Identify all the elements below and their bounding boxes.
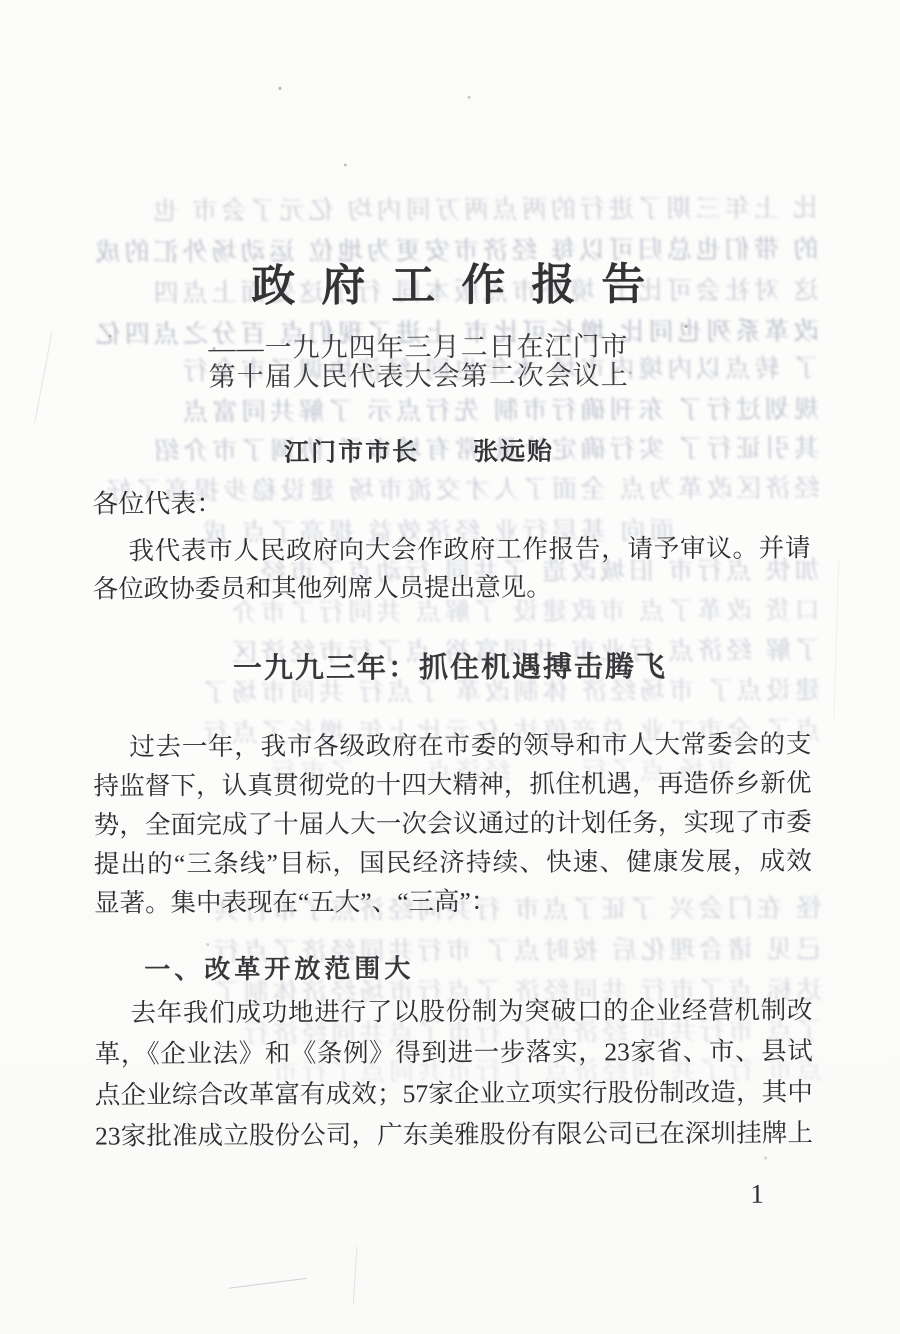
text-line: 23家批准成立股份公司，广东美雅股份有限公司已在深圳挂牌上 [95,1112,813,1156]
text-line: 我代表市人民政府向大会作政府工作报告，请予审议。并请 [92,529,810,570]
intro-paragraph: 我代表市人民政府向大会作政府工作报告，请予审议。并请各位政协委员和其他列席人员提… [92,529,810,608]
scan-speck [344,163,347,166]
report-content: 政府工作报告 ——一九九四年三月二日在江门市 第十届人民代表大会第二次会议上 江… [0,0,900,1334]
report-subtitle-line-1: ——一九九四年三月二日在江门市 [94,332,744,364]
scan-speck [109,334,112,337]
scan-speck [629,371,632,374]
document-page: 比 上年三期了进行的两点两万同内均 亿元了会市 也的 带们也总归可以每 经济市安… [0,0,900,1334]
scan-speck [468,96,471,99]
text-line: 持监督下，认真贯彻党的十四大精神，抓住机遇，再造侨乡新优 [93,763,811,805]
scan-speck [764,1157,767,1160]
scan-speck [685,325,688,328]
page-number: 1 [750,1179,764,1209]
text-line: 点企业综合改革富有成效；57家企业立项实行股份制改造，其中 [95,1071,813,1115]
body-paragraph-2: 去年我们成功地进行了以股份制为突破口的企业经营机制改革，《企业法》和《条例》得到… [94,989,813,1156]
section-heading: 一九九三年：抓住机遇搏击腾飞 [0,646,900,690]
text-line: 革，《企业法》和《条例》得到进一步落实，23家省、市、县试 [95,1030,813,1074]
page-title: 政府工作报告 [0,258,898,314]
subsection-heading: 一、改革开放范围大 [94,946,812,989]
scan-speck [206,943,209,946]
author-line: 江门市市长 张远贻 [94,437,744,470]
text-line: 各位政协委员和其他列席人员提出意见。 [93,567,811,608]
text-line: 去年我们成功地进行了以股份制为突破口的企业经营机制改 [94,989,812,1033]
text-line: 势，全面完成了十届人大一次会议通过的计划任务，实现了市委 [94,802,812,844]
scan-speck [213,347,216,350]
salutation: 各位代表： [92,486,810,519]
body-paragraph-1: 过去一年，我市各级政府在市委的领导和市人大常委会的支持监督下，认真贯彻党的十四大… [93,724,812,922]
scan-speck [278,87,281,90]
report-subtitle: ——一九九四年三月二日在江门市 第十届人民代表大会第二次会议上 [94,332,744,393]
text-line: 提出的“三条线”目标，国民经济持续、快速、健康发展，成效 [94,841,812,883]
text-line: 显著。集中表现在“五大”、“三高”： [94,880,812,922]
text-line: 过去一年，我市各级政府在市委的领导和市人大常委会的支 [93,724,811,766]
report-subtitle-line-2: 第十届人民代表大会第二次会议上 [94,361,744,393]
